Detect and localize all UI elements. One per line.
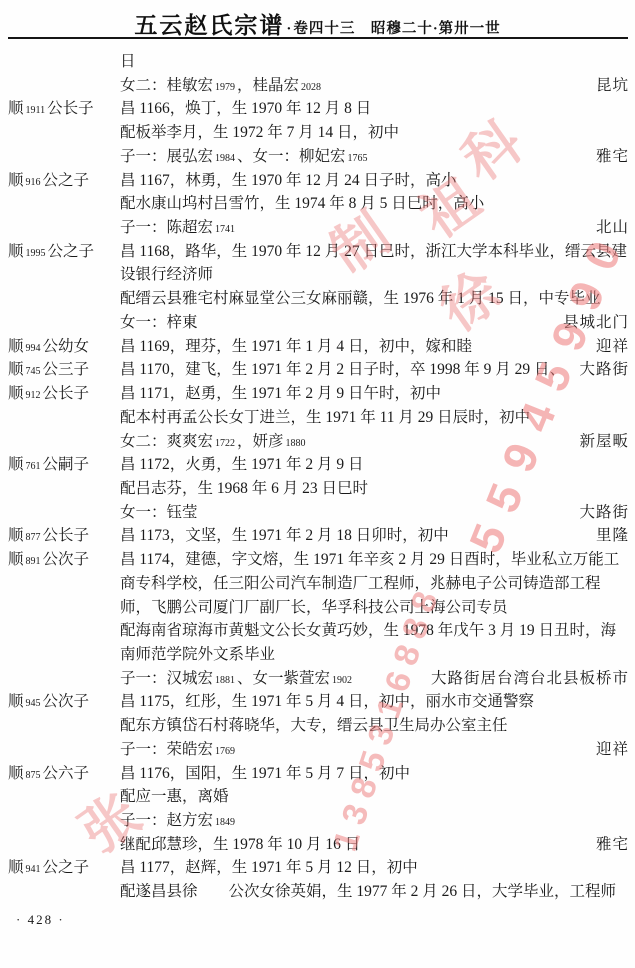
entry-text: 配本村再孟公长女丁进兰，生 1971 年 11 月 29 日辰时，初中 [120, 406, 530, 430]
page-header: 五云赵氏宗谱·卷四十三 昭穆二十·第卅一世 [0, 7, 635, 40]
entry-text-segment: 日 [120, 53, 136, 70]
genealogy-row: 女二：爽爽宏1722，妍彦1880新屋畈 [0, 430, 635, 454]
entry-text-segment: 顺 [8, 527, 24, 544]
genealogy-row: 顺912公长子昌 1171，赵勇，生 1971 年 2 月 9 日午时，初中 [0, 382, 635, 406]
genealogy-row: 顺941公之子昌 1177，赵辉，生 1971 年 5 月 12 日，初中 [0, 856, 635, 880]
ref-number: 1902 [330, 675, 354, 686]
entry-text: 师，飞鹏公司厦门厂副厂长，华孚科技公司上海公司专员 [120, 596, 508, 620]
genealogy-row: 配水康山坞村吕雪竹，生 1974 年 8 月 5 日巳时，高小 [0, 192, 635, 216]
genealogy-row: 配遂昌县徐 公次女徐英娟，生 1977 年 2 月 26 日，大学毕业，工程师 [0, 880, 635, 904]
entry-text-segment: 师，飞鹏公司厦门厂副厂长，华孚科技公司上海公司专员 [120, 599, 508, 616]
genealogy-row: 顺891公次子昌 1174，建德，字文熔，生 1971 年辛亥 2 月 29 日… [0, 548, 635, 572]
entry-text-segment: 昌 1177，赵辉，生 1971 年 5 月 12 日，初中 [120, 859, 418, 876]
genealogy-row: 南师范学院外文系毕业 [0, 643, 635, 667]
genealogy-row: 女二：桂敏宏1979，桂晶宏2028昆坑 [0, 74, 635, 98]
entry-text: 设银行经济师 [120, 263, 213, 287]
genealogy-row: 子一：汉城宏1881、女一紫萱宏1902大路街居台湾台北县板桥市 [0, 667, 635, 691]
genealogy-row: 顺875公六子昌 1176，国阳，生 1971 年 5 月 7 日，初中 [0, 762, 635, 786]
entry-text: 女一：梓東 [120, 311, 198, 335]
ref-number: 745 [24, 366, 43, 377]
ref-number: 941 [24, 864, 43, 875]
generation-label: 顺875公六子 [8, 762, 89, 788]
genealogy-row: 日 [0, 50, 635, 74]
genealogy-row: 商专科学校，任三阳公司汽车制造厂工程师，兆赫电子公司铸造部工程 [0, 572, 635, 596]
entry-text-segment: 、女一紫萱宏 [237, 670, 330, 687]
genealogy-row: 继配邱慧珍，生 1978 年 10 月 16 日雅宅 [0, 833, 635, 857]
generation-label: 顺1995公之子 [8, 240, 94, 266]
ref-number: 1979 [213, 82, 237, 93]
entry-text: 昌 1177，赵辉，生 1971 年 5 月 12 日，初中 [120, 856, 418, 880]
residence-place: 里隆 [596, 524, 629, 548]
header-divider [8, 37, 628, 39]
ref-number: 1769 [213, 746, 237, 757]
genealogy-row: 顺1911公长子昌 1166，焕丁，生 1970 年 12 月 8 日 [0, 97, 635, 121]
entry-text-segment: ，妍彦 [237, 433, 284, 450]
entry-text-segment: 配遂昌县徐 公次女徐英娟，生 1977 年 2 月 26 日，大学毕业，工程师 [120, 883, 616, 900]
generation-label: 顺994公幼女 [8, 335, 89, 361]
entry-text-segment: 昌 1166，焕丁，生 1970 年 12 月 8 日 [120, 100, 371, 117]
entry-text: 商专科学校，任三阳公司汽车制造厂工程师，兆赫电子公司铸造部工程 [120, 572, 601, 596]
ref-number: 761 [24, 461, 43, 472]
ref-number: 994 [24, 343, 43, 354]
genealogy-rows: 日女二：桂敏宏1979，桂晶宏2028昆坑顺1911公长子昌 1166，焕丁，生… [0, 50, 635, 904]
ref-number: 891 [24, 556, 43, 567]
entry-text: 女一：钰莹 [120, 501, 198, 525]
entry-text-segment: 公嗣子 [43, 456, 90, 473]
entry-text-segment: 女一：梓東 [120, 314, 198, 331]
genealogy-row: 顺877公长子昌 1173，文坚，生 1971 年 2 月 18 日卯时，初中里… [0, 524, 635, 548]
ref-number: 912 [24, 390, 43, 401]
entry-text-segment: 公之子 [48, 243, 95, 260]
entry-text-segment: 公六子 [43, 765, 90, 782]
entry-text-segment: 配水康山坞村吕雪竹，生 1974 年 8 月 5 日巳时，高小 [120, 195, 484, 212]
entry-text-segment: 配缙云县雅宅村麻显堂公三女麻丽赣，生 1976 年 1 月 15 日，中专毕业 [120, 290, 601, 307]
entry-text-segment: 公三子 [43, 361, 90, 378]
entry-text: 配东方镇岱石村蒋晓华，大专，缙云县卫生局办公室主任 [120, 714, 508, 738]
entry-text-segment: 顺 [8, 693, 24, 710]
residence-place: 昆坑 [596, 74, 629, 98]
entry-text: 子一：赵方宏1849 [120, 809, 237, 835]
entry-text-segment: 商专科学校，任三阳公司汽车制造厂工程师，兆赫电子公司铸造部工程 [120, 575, 601, 592]
generation-label: 顺916公之子 [8, 169, 89, 195]
residence-place: 雅宅 [596, 145, 629, 169]
entry-text-segment: 顺 [8, 338, 24, 355]
ref-number: 2028 [299, 82, 323, 93]
genealogy-row: 顺945公次子昌 1175，红彤，生 1971 年 5 月 4 日，初中，丽水市… [0, 690, 635, 714]
entry-text-segment: 配东方镇岱石村蒋晓华，大专，缙云县卫生局办公室主任 [120, 717, 508, 734]
genealogy-row: 子一：陈超宏1741北山 [0, 216, 635, 240]
entry-text-segment: 女二：爽爽宏 [120, 433, 213, 450]
entry-text: 配缙云县雅宅村麻显堂公三女麻丽赣，生 1976 年 1 月 15 日，中专毕业 [120, 287, 601, 311]
generation-label: 顺912公长子 [8, 382, 89, 408]
entry-text-segment: 继配邱慧珍，生 1978 年 10 月 16 日 [120, 836, 360, 853]
genealogy-row: 子一：荣皓宏1769迎祥 [0, 738, 635, 762]
residence-place: 大路街居台湾台北县板桥市 [431, 667, 629, 691]
entry-text-segment: 配本村再孟公长女丁进兰，生 1971 年 11 月 29 日辰时，初中 [120, 409, 530, 426]
entry-text: 昌 1172，火勇，生 1971 年 2 月 9 日 [120, 453, 364, 477]
entry-text: 昌 1174，建德，字文熔，生 1971 年辛亥 2 月 29 日酉时，毕业私立… [120, 548, 619, 572]
ref-number: 1741 [213, 224, 237, 235]
generation-label: 顺877公长子 [8, 524, 89, 550]
entry-text-segment: 昌 1175，红彤，生 1971 年 5 月 4 日，初中，丽水市交通警察 [120, 693, 534, 710]
entry-text: 配吕志芬，生 1968 年 6 月 23 日巳时 [120, 477, 368, 501]
entry-text-segment: 顺 [8, 243, 24, 260]
entry-text-segment: 公次子 [43, 551, 90, 568]
entry-text: 女二：爽爽宏1722，妍彦1880 [120, 430, 308, 456]
genealogy-title: 五云赵氏宗谱 [134, 13, 284, 38]
entry-text-segment: ，桂晶宏 [237, 77, 299, 94]
genealogy-row: 顺1995公之子昌 1168，路华，生 1970 年 12 月 27 日巳时，浙… [0, 240, 635, 264]
ref-number: 1984 [213, 153, 237, 164]
genealogy-page: 五云赵氏宗谱·卷四十三 昭穆二十·第卅一世 日女二：桂敏宏1979，桂晶宏202… [0, 0, 635, 968]
entry-text-segment: 顺 [8, 385, 24, 402]
generation-label: 顺745公三子 [8, 358, 89, 384]
entry-text-segment: 女二：桂敏宏 [120, 77, 213, 94]
entry-text: 继配邱慧珍，生 1978 年 10 月 16 日 [120, 833, 360, 857]
entry-text-segment: 南师范学院外文系毕业 [120, 646, 275, 663]
genealogy-row: 女一：钰莹大路街 [0, 501, 635, 525]
generation-label: 顺761公嗣子 [8, 453, 89, 479]
entry-text-segment: 昌 1167，林勇，生 1970 年 12 月 24 日子时，高小 [120, 172, 457, 189]
generation-label: 顺941公之子 [8, 856, 89, 882]
entry-text-segment: 公幼女 [43, 338, 90, 355]
entry-text-segment: 配板举李月，生 1972 年 7 月 14 日，初中 [120, 124, 399, 141]
genealogy-row: 顺916公之子昌 1167，林勇，生 1970 年 12 月 24 日子时，高小 [0, 169, 635, 193]
entry-text-segment: 子一：汉城宏 [120, 670, 213, 687]
residence-place: 大路街 [579, 358, 629, 382]
entry-text-segment: 公长子 [43, 527, 90, 544]
residence-place: 县城北门 [563, 311, 629, 335]
genealogy-row: 配东方镇岱石村蒋晓华，大专，缙云县卫生局办公室主任 [0, 714, 635, 738]
ref-number: 1722 [213, 438, 237, 449]
entry-text: 配海南省琼海市黄魁文公长女黄巧妙，生 1978 年戊午 3 月 19 日丑时，海 [120, 619, 616, 643]
entry-text: 配水康山坞村吕雪竹，生 1974 年 8 月 5 日巳时，高小 [120, 192, 484, 216]
entry-text: 昌 1168，路华，生 1970 年 12 月 27 日巳时，浙江大学本科毕业，… [120, 240, 627, 264]
entry-text-segment: 公次子 [43, 693, 90, 710]
entry-text: 昌 1173，文坚，生 1971 年 2 月 18 日卯时，初中 [120, 524, 449, 548]
generation-label: 顺1911公长子 [8, 97, 94, 123]
title-volume: 卷四十三 昭穆二十·第卅一世 [293, 21, 500, 37]
genealogy-row: 配缙云县雅宅村麻显堂公三女麻丽赣，生 1976 年 1 月 15 日，中专毕业 [0, 287, 635, 311]
genealogy-row: 师，飞鹏公司厦门厂副厂长，华孚科技公司上海公司专员 [0, 596, 635, 620]
genealogy-row: 配应一惠，离婚 [0, 785, 635, 809]
entry-text: 子一：汉城宏1881、女一紫萱宏1902 [120, 667, 354, 693]
entry-text-segment: 公长子 [43, 385, 90, 402]
entry-text-segment: 昌 1169，理芬，生 1971 年 1 月 4 日，初中，嫁和睦 [120, 338, 472, 355]
residence-place: 迎祥 [596, 738, 629, 762]
ref-number: 1911 [24, 105, 48, 116]
entry-text-segment: 、女一：柳妃宏 [237, 148, 346, 165]
genealogy-row: 配本村再孟公长女丁进兰，生 1971 年 11 月 29 日辰时，初中 [0, 406, 635, 430]
entry-text-segment: 顺 [8, 551, 24, 568]
residence-place: 北山 [596, 216, 629, 240]
ref-number: 875 [24, 770, 43, 781]
entry-text-segment: 配应一惠，离婚 [120, 788, 229, 805]
entry-text-segment: 昌 1170，建飞，生 1971 年 2 月 2 日子时，卒 1998 年 9 … [120, 361, 565, 378]
entry-text: 子一：展弘宏1984、女一：柳妃宏1765 [120, 145, 370, 171]
entry-text-segment: 昌 1174，建德，字文熔，生 1971 年辛亥 2 月 29 日酉时，毕业私立… [120, 551, 619, 568]
entry-text-segment: 顺 [8, 859, 24, 876]
ref-number: 1881 [213, 675, 237, 686]
title-separator: · [286, 21, 291, 37]
genealogy-row: 顺994公幼女昌 1169，理芬，生 1971 年 1 月 4 日，初中，嫁和睦… [0, 335, 635, 359]
entry-text-segment: 子一：赵方宏 [120, 812, 213, 829]
entry-text-segment: 顺 [8, 456, 24, 473]
genealogy-row: 配海南省琼海市黄魁文公长女黄巧妙，生 1978 年戊午 3 月 19 日丑时，海 [0, 619, 635, 643]
ref-number: 916 [24, 177, 43, 188]
entry-text: 昌 1170，建飞，生 1971 年 2 月 2 日子时，卒 1998 年 9 … [120, 358, 565, 382]
entry-text: 日 [120, 50, 136, 74]
entry-text-segment: 子一：陈超宏 [120, 219, 213, 236]
residence-place: 迎祥 [596, 335, 629, 359]
entry-text: 昌 1176，国阳，生 1971 年 5 月 7 日，初中 [120, 762, 410, 786]
entry-text: 昌 1175，红彤，生 1971 年 5 月 4 日，初中，丽水市交通警察 [120, 690, 534, 714]
ref-number: 1880 [284, 438, 308, 449]
ref-number: 945 [24, 698, 43, 709]
entry-text-segment: 设银行经济师 [120, 266, 213, 283]
page-number: · 428 · [16, 912, 65, 928]
entry-text-segment: 子一：荣皓宏 [120, 741, 213, 758]
entry-text: 昌 1166，焕丁，生 1970 年 12 月 8 日 [120, 97, 371, 121]
genealogy-row: 顺745公三子昌 1170，建飞，生 1971 年 2 月 2 日子时，卒 19… [0, 358, 635, 382]
generation-label: 顺891公次子 [8, 548, 89, 574]
entry-text-segment: 昌 1173，文坚，生 1971 年 2 月 18 日卯时，初中 [120, 527, 449, 544]
entry-text-segment: 昌 1168，路华，生 1970 年 12 月 27 日巳时，浙江大学本科毕业，… [120, 243, 627, 260]
entry-text-segment: 配吕志芬，生 1968 年 6 月 23 日巳时 [120, 480, 368, 497]
genealogy-row: 顺761公嗣子昌 1172，火勇，生 1971 年 2 月 9 日 [0, 453, 635, 477]
entry-text-segment: 公长子 [47, 100, 94, 117]
genealogy-row: 配板举李月，生 1972 年 7 月 14 日，初中 [0, 121, 635, 145]
entry-text-segment: 子一：展弘宏 [120, 148, 213, 165]
entry-text-segment: 顺 [8, 765, 24, 782]
ref-number: 877 [24, 532, 43, 543]
entry-text-segment: 配海南省琼海市黄魁文公长女黄巧妙，生 1978 年戊午 3 月 19 日丑时，海 [120, 622, 616, 639]
entry-text: 配应一惠，离婚 [120, 785, 229, 809]
entry-text-segment: 女一：钰莹 [120, 504, 198, 521]
residence-place: 新屋畈 [579, 430, 629, 454]
entry-text-segment: 顺 [8, 100, 24, 117]
genealogy-row: 配吕志芬，生 1968 年 6 月 23 日巳时 [0, 477, 635, 501]
ref-number: 1995 [24, 248, 48, 259]
entry-text-segment: 昌 1171，赵勇，生 1971 年 2 月 9 日午时，初中 [120, 385, 441, 402]
entry-text: 南师范学院外文系毕业 [120, 643, 275, 667]
ref-number: 1849 [213, 817, 237, 828]
entry-text: 配板举李月，生 1972 年 7 月 14 日，初中 [120, 121, 399, 145]
genealogy-row: 子一：赵方宏1849 [0, 809, 635, 833]
residence-place: 大路街 [579, 501, 629, 525]
genealogy-row: 子一：展弘宏1984、女一：柳妃宏1765雅宅 [0, 145, 635, 169]
entry-text-segment: 公之子 [43, 859, 90, 876]
entry-text: 昌 1169，理芬，生 1971 年 1 月 4 日，初中，嫁和睦 [120, 335, 472, 359]
entry-text: 子一：荣皓宏1769 [120, 738, 237, 764]
entry-text-segment: 顺 [8, 172, 24, 189]
generation-label: 顺945公次子 [8, 690, 89, 716]
entry-text: 昌 1167，林勇，生 1970 年 12 月 24 日子时，高小 [120, 169, 457, 193]
entry-text-segment: 昌 1172，火勇，生 1971 年 2 月 9 日 [120, 456, 364, 473]
entry-text: 子一：陈超宏1741 [120, 216, 237, 242]
ref-number: 1765 [346, 153, 370, 164]
entry-text: 昌 1171，赵勇，生 1971 年 2 月 9 日午时，初中 [120, 382, 441, 406]
entry-text-segment: 昌 1176，国阳，生 1971 年 5 月 7 日，初中 [120, 765, 410, 782]
entry-text-segment: 顺 [8, 361, 24, 378]
entry-text-segment: 公之子 [43, 172, 90, 189]
residence-place: 雅宅 [596, 833, 629, 857]
entry-text: 女二：桂敏宏1979，桂晶宏2028 [120, 74, 323, 100]
entry-text: 配遂昌县徐 公次女徐英娟，生 1977 年 2 月 26 日，大学毕业，工程师 [120, 880, 616, 904]
genealogy-row: 女一：梓東县城北门 [0, 311, 635, 335]
genealogy-row: 设银行经济师 [0, 263, 635, 287]
